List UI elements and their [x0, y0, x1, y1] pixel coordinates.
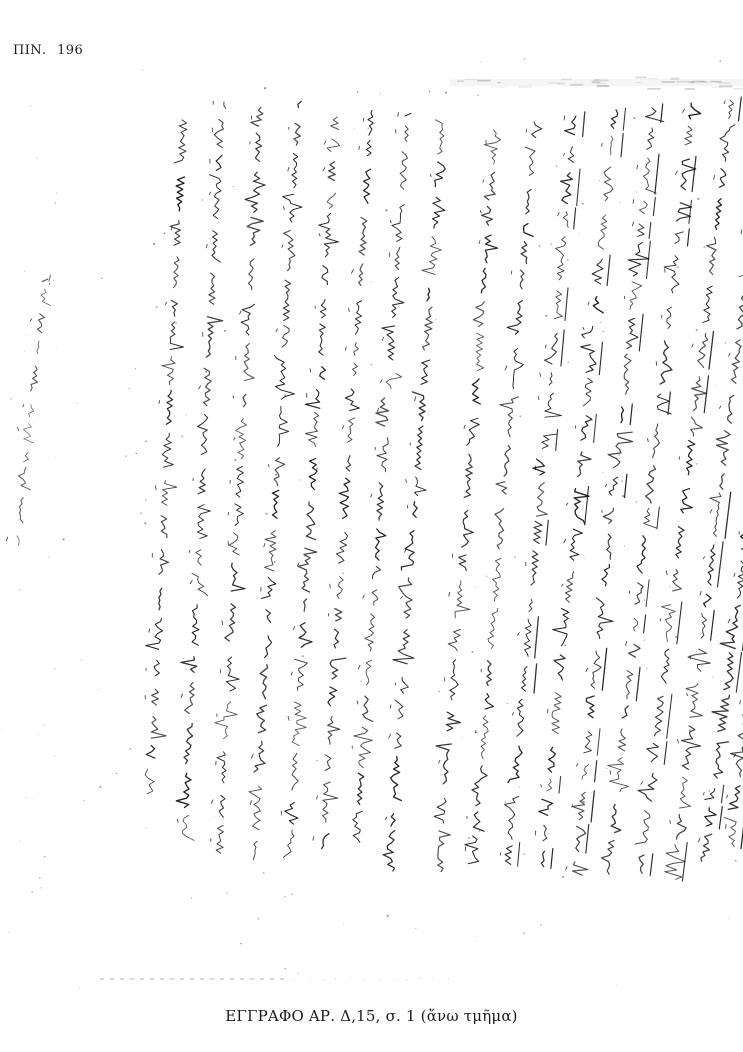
- caption: ΕΓΓΡΑΦΟ ΑΡ. Δ,15, σ. 1 (ἄνω τμῆμα): [0, 1007, 743, 1025]
- accent-marks: [6, 101, 743, 870]
- scanned-page: ΠΙΝ. 196 ΕΓΓΡΑΦΟ ΑΡ. Δ,15, σ. 1 (ἄνω τμῆ…: [0, 0, 743, 1052]
- scan-speckles: [1, 58, 736, 988]
- manuscript-scan: [0, 0, 743, 1052]
- scan-artifacts: [100, 77, 743, 980]
- underline-strokes: [518, 97, 743, 881]
- handwriting-strokes: [17, 100, 743, 879]
